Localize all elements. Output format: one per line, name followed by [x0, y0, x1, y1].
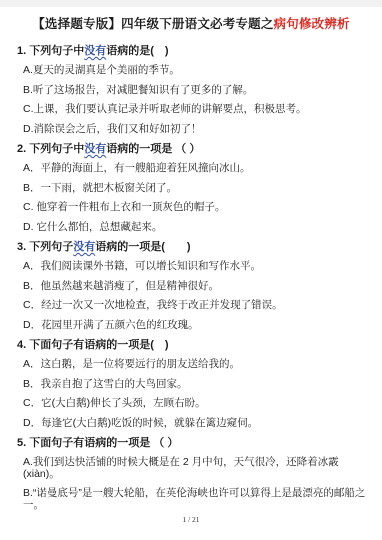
question-1-option-a: A.夏天的灵湖真是个美丽的季节。	[23, 65, 372, 77]
question-4-option-d: D．每逢它(大白鹅)吃饭的时候，就躲在篱边窥伺。	[23, 418, 372, 430]
question-text: 语病的一项是( )	[95, 241, 190, 253]
question-3-option-a: A．我们阅读课外书籍，可以增长知识和写作水平。	[23, 261, 372, 273]
question-text: 2. 下列句子中	[17, 143, 84, 155]
page-number: 1 / 21	[0, 515, 382, 524]
highlighted-word: 没有	[84, 143, 106, 155]
title-accent-text: 病句修改辨析	[274, 17, 350, 31]
question-3-header: 3. 下列句子没有语病的一项是( )	[17, 241, 368, 253]
question-5-option-b: B.“诺曼底号”是一艘大轮船，在英伦海峡也许可以算得上是最漂亮的邮船之一。	[23, 488, 372, 511]
question-5-header: 5. 下面句子有语病的一项是 （ ）	[17, 437, 368, 449]
document-page: 【选择题专版】四年级下册语文必考专题之病句修改辨析 1. 下列句子中没有语病的是…	[0, 0, 382, 540]
question-2: 2. 下列句子中没有语病的一项是 （ ） A．平静的海面上，有一艘船迎着狂风撞向…	[0, 143, 382, 233]
question-text: 1. 下列句子中	[17, 45, 84, 57]
question-2-option-d: D. 它什么都怕，总想藏起来。	[23, 222, 372, 234]
question-5-option-a: A.我们到达快活铺的时候大概是在 2 月中旬，天气很冷，还降着冰霰(xiàn)。	[23, 457, 372, 480]
title-main-text: 【选择题专版】四年级下册语文必考专题之	[32, 17, 273, 31]
question-2-option-a: A．平静的海面上，有一艘船迎着狂风撞向冰山。	[23, 163, 372, 175]
question-2-option-b: B．一下雨，就把木板窗关闭了。	[23, 183, 372, 195]
question-3-option-c: C．经过一次又一次地检查，我终于改正并发现了错误。	[23, 300, 372, 312]
question-4-option-c: C．它(大白鹅)伸长了头颈，左顾右盼。	[23, 398, 372, 410]
question-1-header: 1. 下列句子中没有语病的是( )	[17, 45, 368, 57]
question-3-option-b: B．他虽然越来越消瘦了，但是精神很好。	[23, 281, 372, 293]
question-3: 3. 下列句子没有语病的一项是( ) A．我们阅读课外书籍，可以增长知识和写作水…	[0, 241, 382, 331]
question-1-option-d: D.消除误会之后，我们又和好如初了！	[23, 124, 372, 136]
question-text: 5. 下面句子有语病的一项是 （ ）	[17, 437, 178, 449]
question-text: 语病的一项是 （ ）	[106, 143, 200, 155]
page-top-edge	[0, 0, 382, 7]
highlighted-word: 没有	[84, 45, 106, 57]
document-title: 【选择题专版】四年级下册语文必考专题之病句修改辨析	[8, 17, 374, 32]
question-2-option-c: C. 他穿着一件粗布上衣和一顶灰色的帽子。	[23, 202, 372, 214]
question-4: 4. 下面句子有语病的一项是( ) A．这白鹅，是一位将要远行的朋友送给我的。 …	[0, 339, 382, 429]
question-1-option-b: B.听了这场报告，对减肥餐知识有了更多的了解。	[23, 85, 372, 97]
question-text: 语病的是( )	[106, 45, 168, 57]
question-5: 5. 下面句子有语病的一项是 （ ） A.我们到达快活铺的时候大概是在 2 月中…	[0, 437, 382, 511]
question-3-option-d: D．花园里开满了五颜六色的红玫瑰。	[23, 320, 372, 332]
question-4-header: 4. 下面句子有语病的一项是( )	[17, 339, 368, 351]
question-text: 3. 下列句子	[17, 241, 73, 253]
question-1-option-c: C.上课，我们要认真记录并听取老师的讲解要点，积极思考。	[23, 104, 372, 116]
question-4-option-a: A．这白鹅，是一位将要远行的朋友送给我的。	[23, 359, 372, 371]
question-2-header: 2. 下列句子中没有语病的一项是 （ ）	[17, 143, 368, 155]
question-1: 1. 下列句子中没有语病的是( ) A.夏天的灵湖真是个美丽的季节。 B.听了这…	[0, 45, 382, 135]
question-text: 4. 下面句子有语病的一项是( )	[17, 339, 169, 351]
highlighted-word: 没有	[73, 241, 95, 253]
question-4-option-b: B．我亲自抱了这雪白的大鸟回家。	[23, 379, 372, 391]
